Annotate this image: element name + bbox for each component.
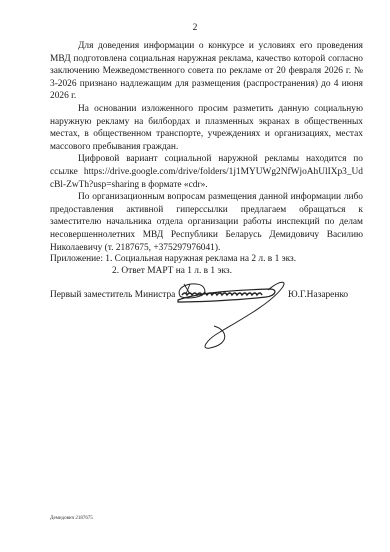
paragraph-contact: По организационным вопросам размещения д…: [50, 191, 363, 254]
appendix-item: 2. Ответ МАРТ на 1 л. в 1 экз.: [112, 266, 232, 276]
appendix: Приложение: 1. Социальная наружная рекла…: [50, 253, 296, 278]
signer-title: Первый заместитель Министра: [50, 290, 175, 300]
executor-note: Демидович 2187675: [50, 516, 93, 521]
handwritten-signature-icon: [170, 280, 290, 352]
paragraph-contest-info: Для доведения информации о конкурсе и ус…: [50, 40, 363, 103]
paragraph-digital-version: Цифровой вариант социальной наружной рек…: [50, 153, 363, 191]
appendix-item: 1. Социальная наружная реклама на 2 л. в…: [105, 254, 296, 264]
appendix-row-1: Приложение: 1. Социальная наружная рекла…: [50, 253, 296, 265]
signer-name: Ю.Г.Назаренко: [288, 290, 348, 300]
signature-block: Первый заместитель Министра Ю.Г.Назаренк…: [50, 286, 370, 356]
digital-version-suffix: в формате «cdr».: [139, 180, 208, 190]
paragraph-request: На основании изложенного просим разметит…: [50, 103, 363, 153]
appendix-row-2: 2. Ответ МАРТ на 1 л. в 1 экз.: [50, 265, 296, 277]
appendix-label: Приложение:: [50, 254, 103, 264]
page-number: 2: [0, 23, 390, 33]
letter-body: Для доведения информации о конкурсе и ус…: [50, 40, 363, 254]
